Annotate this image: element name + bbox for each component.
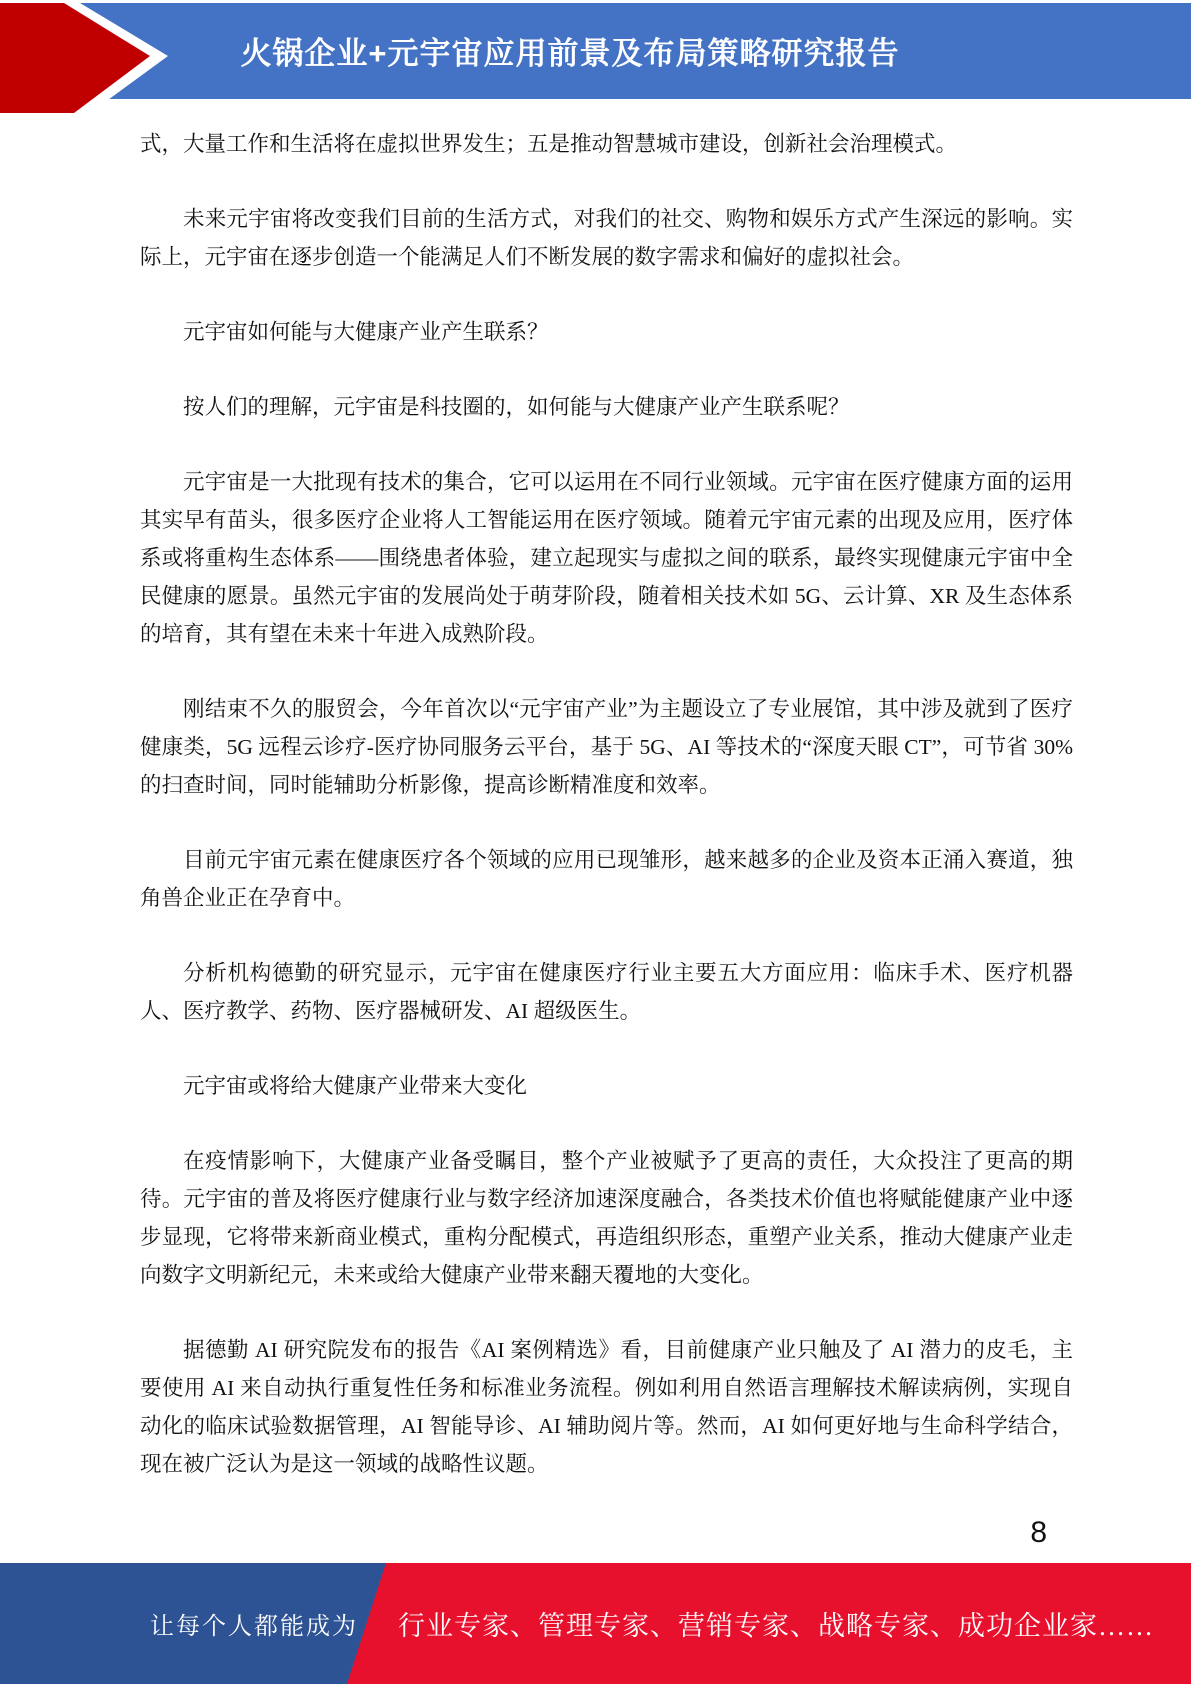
paragraph: 按人们的理解，元宇宙是科技圈的，如何能与大健康产业产生联系呢？ xyxy=(140,388,1073,426)
footer-band: 让每个人都能成为 行业专家、管理专家、营销专家、战略专家、成功企业家…… xyxy=(0,1563,1191,1684)
paragraph: 式，大量工作和生活将在虚拟世界发生；五是推动智慧城市建设，创新社会治理模式。 xyxy=(140,125,1073,163)
paragraph: 目前元宇宙元素在健康医疗各个领域的应用已现雏形，越来越多的企业及资本正涌入赛道，… xyxy=(140,841,1073,917)
paragraph: 元宇宙如何能与大健康产业产生联系？ xyxy=(140,313,1073,351)
paragraph: 元宇宙或将给大健康产业带来大变化 xyxy=(140,1067,1073,1105)
paragraph: 在疫情影响下，大健康产业备受瞩目，整个产业被赋予了更高的责任，大众投注了更高的期… xyxy=(140,1142,1073,1294)
paragraph: 据德勤 AI 研究院发布的报告《AI 案例精选》看，目前健康产业只触及了 AI … xyxy=(140,1331,1073,1483)
paragraph: 元宇宙是一大批现有技术的集合，它可以运用在不同行业领域。元宇宙在医疗健康方面的运… xyxy=(140,463,1073,653)
page-number: 8 xyxy=(1030,1516,1047,1550)
report-page: 火锅企业+元宇宙应用前景及布局策略研究报告 式，大量工作和生活将在虚拟世界发生；… xyxy=(0,0,1191,1684)
document-body: 式，大量工作和生活将在虚拟世界发生；五是推动智慧城市建设，创新社会治理模式。未来… xyxy=(140,125,1073,1520)
paragraph: 分析机构德勤的研究显示，元宇宙在健康医疗行业主要五大方面应用：临床手术、医疗机器… xyxy=(140,954,1073,1030)
footer-slogan-left: 让每个人都能成为 xyxy=(150,1563,358,1684)
page-title: 火锅企业+元宇宙应用前景及布局策略研究报告 xyxy=(0,28,1140,73)
paragraph: 未来元宇宙将改变我们目前的生活方式，对我们的社交、购物和娱乐方式产生深远的影响。… xyxy=(140,200,1073,276)
footer-slogan-right: 行业专家、管理专家、营销专家、战略专家、成功企业家…… xyxy=(398,1563,1154,1684)
paragraph: 刚结束不久的服贸会，今年首次以“元宇宙产业”为主题设立了专业展馆，其中涉及就到了… xyxy=(140,690,1073,804)
